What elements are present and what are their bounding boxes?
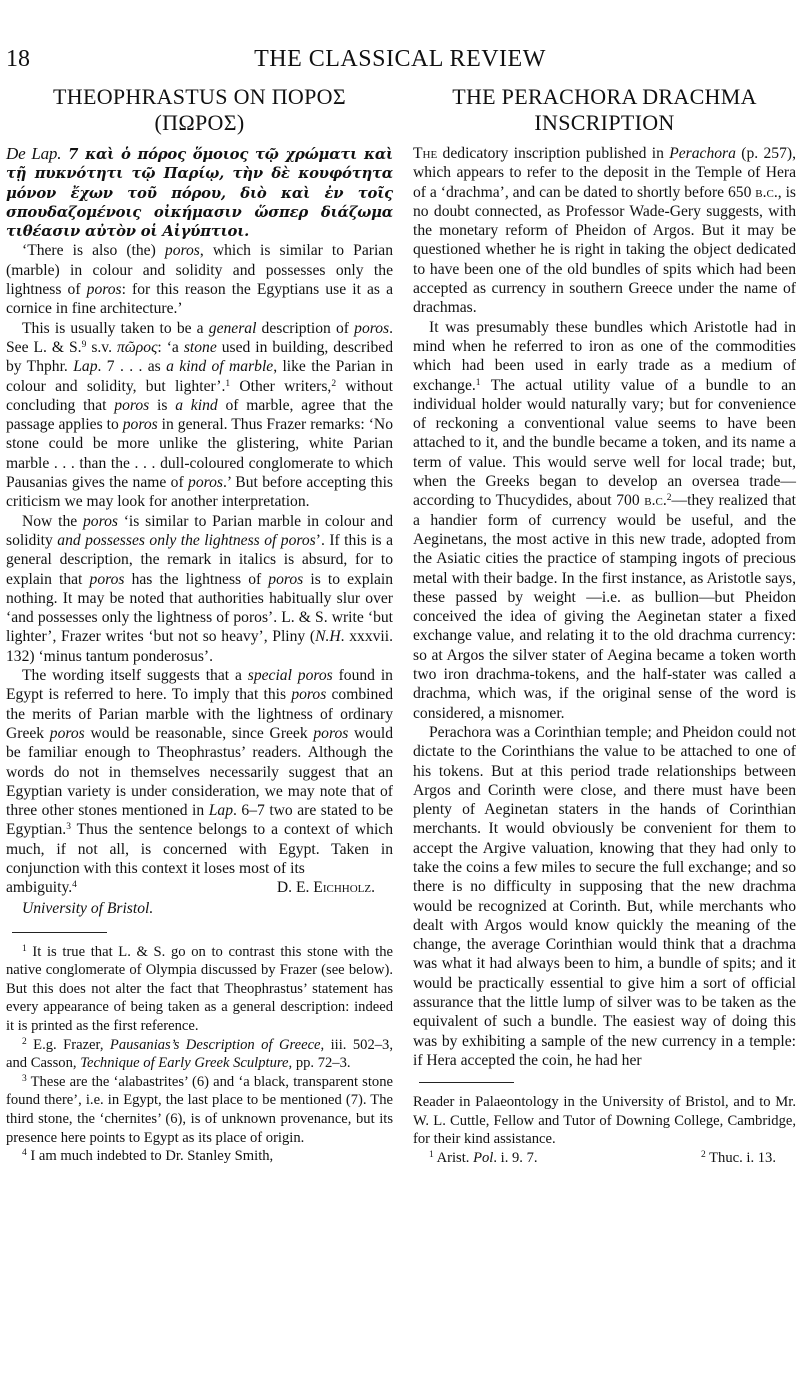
footnote: 3 These are the ‘alabastrites’ (6) and ‘… [6, 1073, 393, 1147]
text-run: . i. 9. 7. [493, 1150, 537, 1166]
body-paragraph: ‘There is also (the) poros, which is sim… [6, 241, 393, 318]
text-run: . 7 . . . as [98, 358, 167, 375]
journal-page: 18 THE CLASSICAL REVIEW THEOPHRASTUS ON … [0, 0, 800, 1375]
italic-text: poros [50, 725, 85, 742]
italic-text: poros [268, 571, 303, 588]
text-run: ‘There is also (the) [22, 242, 165, 259]
small-caps-text: The [413, 145, 437, 162]
italic-text: Pausanias’s Description of Greece [110, 1037, 321, 1053]
text-run: This is usually taken to be a [22, 320, 209, 337]
footnote-divider [419, 1082, 514, 1083]
text-run: I am much indebted to Dr. Stanley Smith, [27, 1148, 273, 1164]
text-run: These are the ‘alabastrites’ (6) and ‘a … [6, 1074, 393, 1146]
italic-text: poros [90, 571, 125, 588]
italic-text: poros [165, 242, 200, 259]
footnote: 2 Thuc. i. 13. [701, 1149, 776, 1168]
footnote-divider [12, 932, 107, 933]
text-run: : ‘a [157, 339, 183, 356]
text-run: E.g. Frazer, [27, 1037, 110, 1053]
text-run: would be reasonable, since Greek [85, 725, 314, 742]
text-run: Thuc. i. 13. [706, 1150, 776, 1166]
title-line-1: THEOPHRASTUS ON ΠΟΡΟΣ [53, 84, 346, 109]
italic-text: poros [83, 513, 118, 530]
body-paragraph: The dedicatory inscription published in … [413, 144, 796, 318]
text-run: —they realized that a handier form of cu… [413, 492, 796, 721]
italic-text: and possesses only the lightness of poro… [57, 532, 315, 549]
text-run: description of [256, 320, 354, 337]
small-caps-text: b.c. [755, 184, 777, 201]
article-title-perachora: THE PERACHORA DRACHMA INSCRIPTION [413, 84, 796, 136]
italic-text: special poros [248, 667, 333, 684]
italic-text: poros [87, 281, 122, 298]
text-run: dedicatory inscription published in [437, 145, 669, 162]
italic-text: a kind of marble [166, 358, 273, 375]
greek-quote-text: 7 καὶ ὁ πόρος ὅμοιος τῷ χρώματι καὶ τῇ π… [6, 146, 393, 240]
footnotes-right: Reader in Palaeontology in the Universit… [413, 1093, 796, 1167]
text-run: The actual utility value of a bundle to … [413, 377, 796, 510]
text-run: ambiguity. [6, 879, 72, 896]
italic-text: πῶρος [117, 339, 157, 356]
italic-text: stone [184, 339, 217, 356]
text-run: Perachora was a Corinthian temple; and P… [413, 724, 796, 1069]
italic-text: a kind [175, 397, 217, 414]
footnote: 1 Arist. Pol. i. 9. 7. [429, 1149, 538, 1168]
left-column: THEOPHRASTUS ON ΠΟΡΟΣ (ΠΩΡΟΣ) De Lap. 7 … [6, 84, 393, 1166]
italic-text: poros [291, 686, 326, 703]
greek-quotation: De Lap. 7 καὶ ὁ πόρος ὅμοιος τῷ χρώματι … [6, 144, 393, 241]
body-paragraph: Now the poros ‘is similar to Parian marb… [6, 512, 393, 666]
italic-text: poros [188, 474, 223, 491]
title-line-1: THE PERACHORA DRACHMA [452, 84, 757, 109]
text-run: s.v. [86, 339, 117, 356]
title-line-2: INSCRIPTION [534, 110, 674, 135]
small-caps-text: b.c. [644, 492, 666, 509]
italic-text: poros [114, 397, 149, 414]
italic-text: general [209, 320, 257, 337]
footnote-row: 1 Arist. Pol. i. 9. 7. 2 Thuc. i. 13. [413, 1149, 796, 1168]
closing-text: ambiguity.4 [6, 878, 77, 897]
footnote-marker: 4 [72, 880, 77, 890]
text-run: , pp. 72–3. [289, 1055, 351, 1071]
author-signature: D. E. Eichholz. [277, 878, 375, 897]
italic-text: Technique of Early Greek Sculpture [80, 1055, 288, 1071]
author-affiliation: University of Bristol. [6, 898, 393, 920]
text-run: is [149, 397, 175, 414]
greek-quote-source: De Lap. [6, 144, 61, 163]
text-run: , is no doubt connected, as Professor Wa… [413, 184, 796, 317]
footnotes-left: 1 It is true that L. & S. go on to contr… [6, 943, 393, 1166]
footnote-continuation: Reader in Palaeontology in the Universit… [413, 1093, 796, 1149]
body-paragraph: It was presumably these bundles which Ar… [413, 318, 796, 723]
text-run: Now the [22, 513, 83, 530]
footnote: 2 E.g. Frazer, Pausanias’s Description o… [6, 1036, 393, 1073]
footnote: 4 I am much indebted to Dr. Stanley Smit… [6, 1147, 393, 1166]
body-paragraph: The wording itself suggests that a speci… [6, 666, 393, 878]
text-run: It is true that L. & S. go on to contras… [6, 944, 393, 1034]
italic-text: Pol [473, 1150, 493, 1166]
italic-text: Lap [209, 802, 233, 819]
text-run: Arist. [434, 1150, 473, 1166]
running-head: 18 THE CLASSICAL REVIEW [6, 46, 794, 76]
right-column: THE PERACHORA DRACHMA INSCRIPTION The de… [413, 84, 796, 1168]
signature-line: ambiguity.4 D. E. Eichholz. [6, 878, 393, 897]
text-run: has the lightness of [124, 571, 268, 588]
text-run: Other writers, [230, 378, 331, 395]
italic-text: Perachora [669, 145, 736, 162]
title-line-2: (ΠΩΡΟΣ) [155, 110, 245, 135]
italic-text: N.H [315, 628, 341, 645]
italic-text: poros [354, 320, 389, 337]
footnote: 1 It is true that L. & S. go on to contr… [6, 943, 393, 1036]
article-title-theophrastus: THEOPHRASTUS ON ΠΟΡΟΣ (ΠΩΡΟΣ) [6, 84, 393, 136]
journal-title: THE CLASSICAL REVIEW [6, 46, 794, 73]
italic-text: poros [123, 416, 158, 433]
body-paragraph: Perachora was a Corinthian temple; and P… [413, 723, 796, 1070]
body-paragraph: This is usually taken to be a general de… [6, 319, 393, 512]
text-run: The wording itself suggests that a [22, 667, 248, 684]
italic-text: Lap [73, 358, 97, 375]
italic-text: poros [313, 725, 348, 742]
